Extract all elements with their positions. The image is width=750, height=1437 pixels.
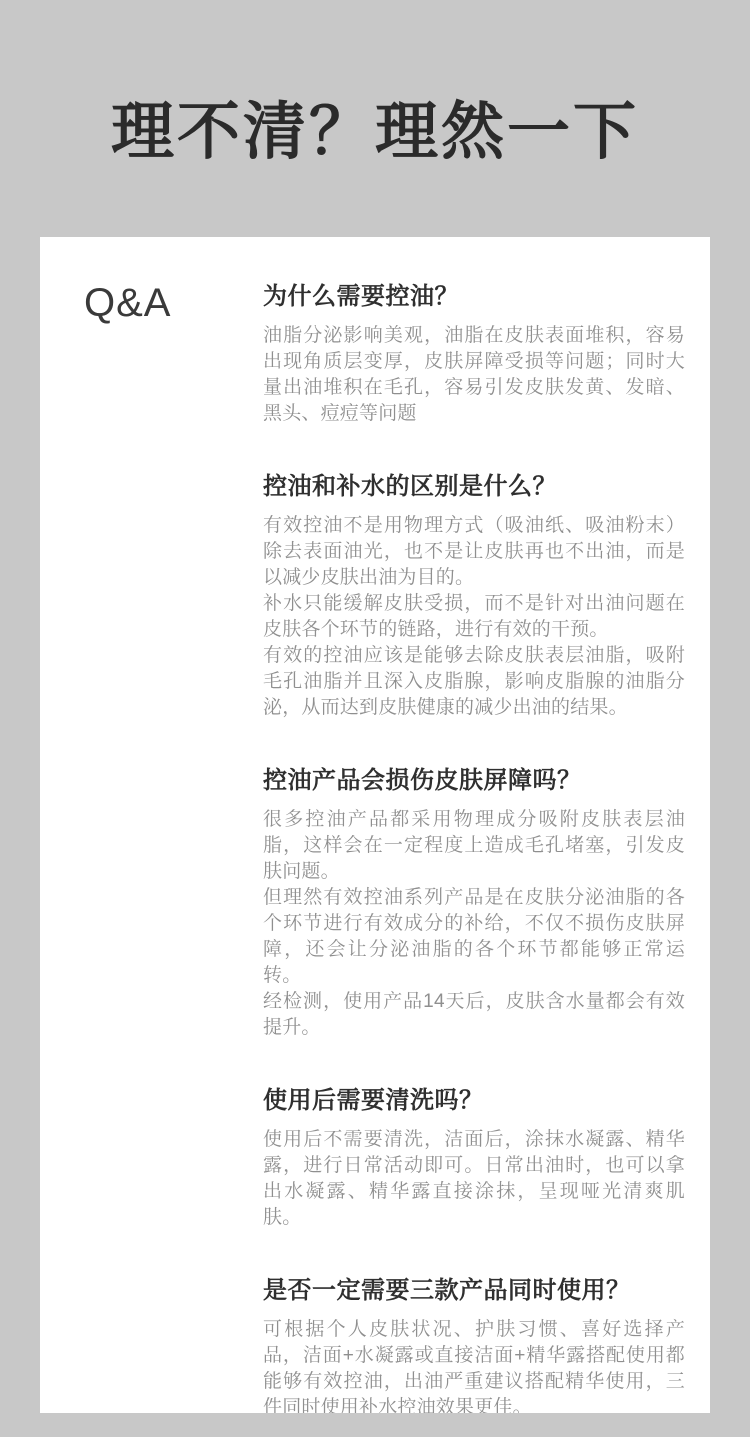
faq-answer: 很多控油产品都采用物理成分吸附皮肤表层油脂，这样会在一定程度上造成毛孔堵塞，引发… <box>263 807 685 1041</box>
faq-answer: 可根据个人皮肤状况、护肤习惯、喜好选择产品，洁面+水凝露或直接洁面+精华露搭配使… <box>263 1317 685 1413</box>
faq-answer-paragraph: 补水只能缓解皮肤受损，而不是针对出油问题在皮肤各个环节的链路，进行有效的干预。 <box>263 591 685 643</box>
faq-item: 控油产品会损伤皮肤屏障吗？ 很多控油产品都采用物理成分吸附皮肤表层油脂，这样会在… <box>263 767 685 1041</box>
faq-answer-paragraph: 很多控油产品都采用物理成分吸附皮肤表层油脂，这样会在一定程度上造成毛孔堵塞，引发… <box>263 807 685 885</box>
faq-question: 为什么需要控油？ <box>263 283 685 311</box>
faq-question: 控油和补水的区别是什么？ <box>263 473 685 501</box>
faq-answer-paragraph: 油脂分泌影响美观，油脂在皮肤表面堆积，容易出现角质层变厚，皮肤屏障受损等问题；同… <box>263 323 685 427</box>
qa-label: Q&A <box>84 283 263 323</box>
faq-question: 是否一定需要三款产品同时使用？ <box>263 1277 685 1305</box>
page-title: 理不清？理然一下 <box>111 81 639 172</box>
faq-answer-paragraph: 使用后不需要清洗，洁面后，涂抹水凝露、精华露，进行日常活动即可。日常出油时，也可… <box>263 1127 685 1231</box>
faq-answer-paragraph: 经检测，使用产品14天后，皮肤含水量都会有效提升。 <box>263 989 685 1041</box>
faq-answer-paragraph: 有效控油不是用物理方式（吸油纸、吸油粉末）除去表面油光，也不是让皮肤再也不出油，… <box>263 513 685 591</box>
faq-item: 是否一定需要三款产品同时使用？ 可根据个人皮肤状况、护肤习惯、喜好选择产品，洁面… <box>263 1277 685 1413</box>
faq-list: 为什么需要控油？ 油脂分泌影响美观，油脂在皮肤表面堆积，容易出现角质层变厚，皮肤… <box>263 283 685 1353</box>
faq-item: 为什么需要控油？ 油脂分泌影响美观，油脂在皮肤表面堆积，容易出现角质层变厚，皮肤… <box>263 283 685 427</box>
faq-question: 控油产品会损伤皮肤屏障吗？ <box>263 767 685 795</box>
page-header: 理不清？理然一下 <box>0 0 750 237</box>
faq-answer-paragraph: 有效的控油应该是能够去除皮肤表层油脂，吸附毛孔油脂并且深入皮脂腺，影响皮脂腺的油… <box>263 643 685 721</box>
faq-card: Q&A 为什么需要控油？ 油脂分泌影响美观，油脂在皮肤表面堆积，容易出现角质层变… <box>40 237 710 1413</box>
faq-answer-paragraph: 但理然有效控油系列产品是在皮肤分泌油脂的各个环节进行有效成分的补给，不仅不损伤皮… <box>263 885 685 989</box>
qa-label-column: Q&A <box>84 283 263 1353</box>
faq-answer-paragraph: 可根据个人皮肤状况、护肤习惯、喜好选择产品，洁面+水凝露或直接洁面+精华露搭配使… <box>263 1317 685 1413</box>
faq-item: 使用后需要清洗吗？ 使用后不需要清洗，洁面后，涂抹水凝露、精华露，进行日常活动即… <box>263 1087 685 1231</box>
faq-item: 控油和补水的区别是什么？ 有效控油不是用物理方式（吸油纸、吸油粉末）除去表面油光… <box>263 473 685 721</box>
faq-answer: 使用后不需要清洗，洁面后，涂抹水凝露、精华露，进行日常活动即可。日常出油时，也可… <box>263 1127 685 1231</box>
faq-answer: 有效控油不是用物理方式（吸油纸、吸油粉末）除去表面油光，也不是让皮肤再也不出油，… <box>263 513 685 721</box>
faq-answer: 油脂分泌影响美观，油脂在皮肤表面堆积，容易出现角质层变厚，皮肤屏障受损等问题；同… <box>263 323 685 427</box>
faq-question: 使用后需要清洗吗？ <box>263 1087 685 1115</box>
